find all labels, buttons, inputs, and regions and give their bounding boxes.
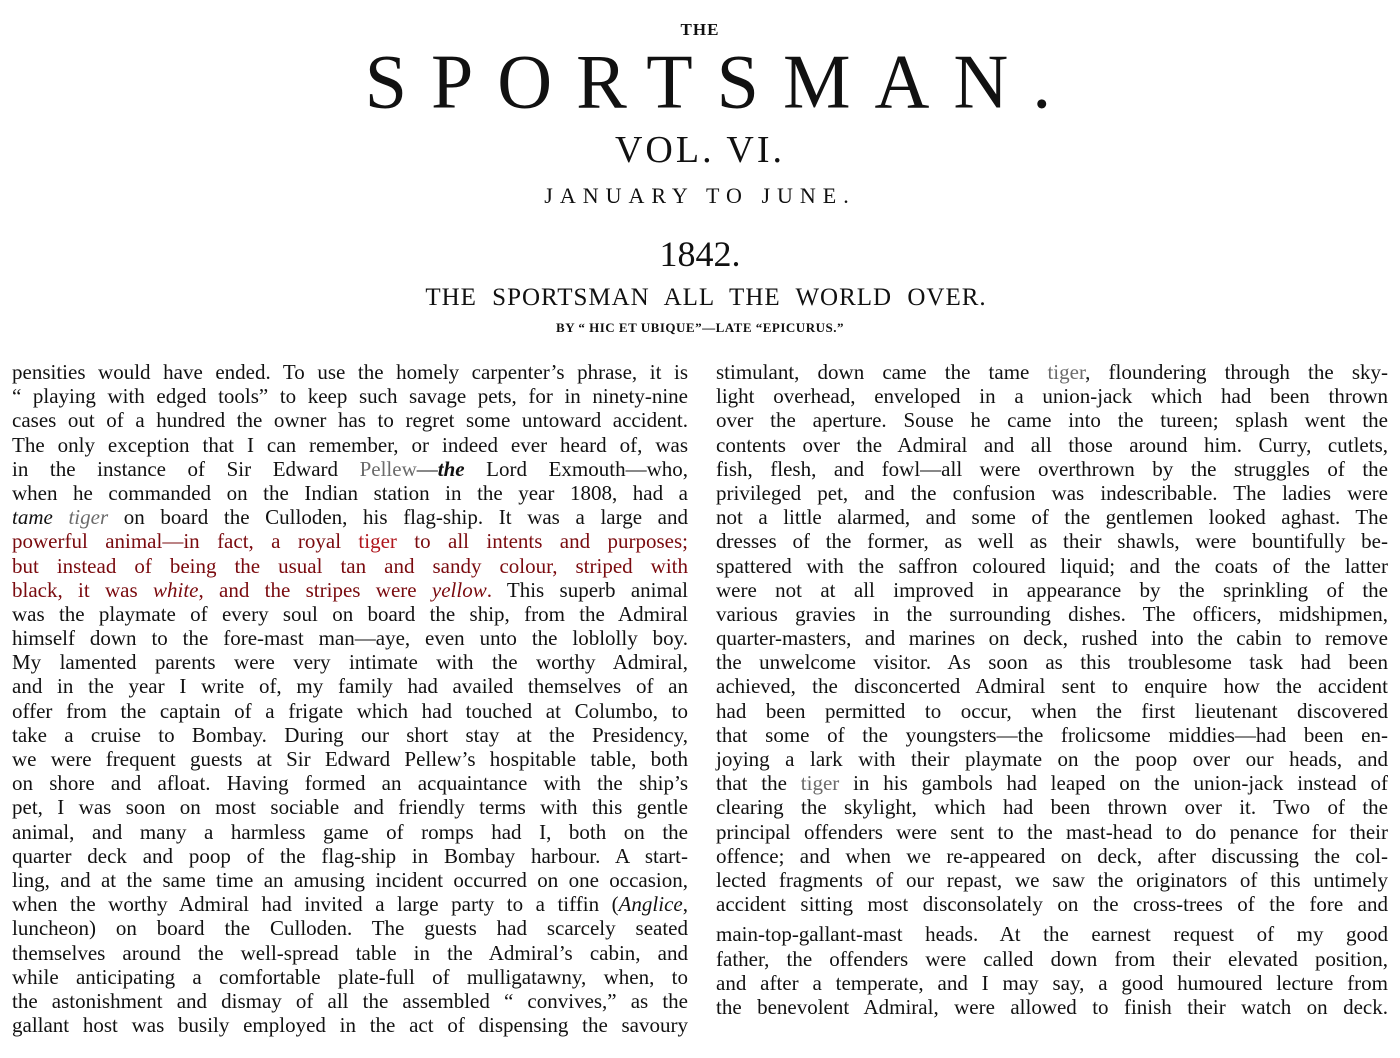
text-line: over the aperture. Souse he came into th… [716, 408, 1388, 432]
text-line: not a little alarmed, and some of the ge… [716, 505, 1388, 529]
text-line: we were frequent guests at Sir Edward Pe… [12, 747, 688, 771]
text-line: tame tiger on board the Culloden, his fl… [12, 505, 688, 529]
text-line: offence; and when we re-appeared on deck… [716, 844, 1388, 868]
text-line: pet, I was soon on most sociable and fri… [12, 795, 688, 819]
text-line: joying a lark with their playmate on the… [716, 747, 1388, 771]
text-line: had been permitted to occur, when the fi… [716, 699, 1388, 723]
text-line: spattered with the saffron coloured liqu… [716, 554, 1388, 578]
text-line-highlighted: but instead of being the usual tan and s… [12, 554, 688, 578]
text-line: on shore and afloat. Having formed an ac… [12, 771, 688, 795]
text-line: “ playing with edged tools” to keep such… [12, 384, 688, 408]
left-column: pensities would have ended. To use the h… [12, 360, 688, 1037]
text-line: various gravies in the surrounding dishe… [716, 602, 1388, 626]
text-line: quarter deck and poop of the flag-ship i… [12, 844, 688, 868]
emphasis-anglice: Anglice [619, 892, 683, 916]
text-line: the astonishment and dismay of all the a… [12, 989, 688, 1013]
text-line: light overhead, enveloped in a union-jac… [716, 384, 1388, 408]
masthead-the: THE [0, 20, 1400, 40]
highlight-pellew: Pellew [360, 457, 417, 481]
text-line: take a cruise to Bombay. During our shor… [12, 723, 688, 747]
text-line: gallant host was busily employed in the … [12, 1013, 688, 1037]
text-line: animal, and many a harmless game of romp… [12, 820, 688, 844]
text-line: My lamented parents were very intimate w… [12, 650, 688, 674]
text-line: luncheon) on board the Culloden. The gue… [12, 916, 688, 940]
text-line: themselves around the well-spread table … [12, 941, 688, 965]
highlight-tiger: tiger [358, 529, 396, 553]
emphasis-the: the [438, 457, 465, 481]
text-line: principal offenders were sent to the mas… [716, 820, 1388, 844]
text-line: in the instance of Sir Edward Pellew—the… [12, 457, 688, 481]
text-line: that the tiger in his gambols had leaped… [716, 771, 1388, 795]
text-line: himself down to the fore-mast man—aye, e… [12, 626, 688, 650]
text-line: privileged pet, and the confusion was in… [716, 481, 1388, 505]
text-line: was the playmate of every soul on board … [12, 602, 688, 626]
text-line-highlighted: powerful animal—in fact, a royal tiger t… [12, 529, 688, 553]
masthead-title: SPORTSMAN. [0, 41, 1400, 123]
text-line: clearing the skylight, which had been th… [716, 795, 1388, 819]
text-line: stimulant, down came the tame tiger, flo… [716, 360, 1388, 384]
text-line: when the worthy Admiral had invited a la… [12, 892, 688, 916]
date-range: JANUARY TO JUNE. [0, 183, 1400, 209]
text-line: and in the year I write of, my family ha… [12, 674, 688, 698]
year: 1842. [0, 233, 1400, 275]
text-line: cases out of a hundred the owner has to … [12, 408, 688, 432]
text-line: were not at all improved in appearance b… [716, 578, 1388, 602]
text-line: accident sitting most disconsolately on … [716, 892, 1388, 916]
text-line: fish, flesh, and fowl—all were overthrow… [716, 457, 1388, 481]
text-line: when he commanded on the Indian station … [12, 481, 688, 505]
emphasis-yellow: yellow [432, 578, 487, 602]
article-byline: BY “ HIC ET UBIQUE”—LATE “EPICURUS.” [0, 320, 1400, 336]
highlight-tiger: tiger [801, 771, 839, 795]
text-line: the benevolent Admiral, were allowed to … [716, 995, 1388, 1019]
text-line: offer from the captain of a frigate whic… [12, 699, 688, 723]
text-line: that some of the youngsters—the frolicso… [716, 723, 1388, 747]
emphasis-tame: tame [12, 505, 53, 529]
volume-number: VOL. VI. [0, 128, 1400, 172]
text-line: pensities would have ended. To use the h… [12, 360, 688, 384]
text-line: ling, and at the same time an amusing in… [12, 868, 688, 892]
text-line: lected fragments of our repast, we saw t… [716, 868, 1388, 892]
right-column: stimulant, down came the tame tiger, flo… [716, 360, 1388, 1019]
text-line: black, it was white, and the stripes wer… [12, 578, 688, 602]
text-line: contents over the Admiral and all those … [716, 433, 1388, 457]
highlight-tiger: tiger [68, 505, 108, 529]
highlight-tiger: tiger [1047, 360, 1085, 384]
text-line: the unwelcome visitor. As soon as this t… [716, 650, 1388, 674]
text-line: while anticipating a comfortable plate-f… [12, 965, 688, 989]
text-line: main-top-gallant-mast heads. At the earn… [716, 922, 1388, 946]
text-line: father, the offenders were called down f… [716, 947, 1388, 971]
text-line: The only exception that I can remember, … [12, 433, 688, 457]
emphasis-white: white [153, 578, 199, 602]
text-line: dresses of the former, as well as their … [716, 529, 1388, 553]
text-line: achieved, the disconcerted Admiral sent … [716, 674, 1388, 698]
article-title: THE SPORTSMAN ALL THE WORLD OVER. [0, 284, 1400, 312]
text-line: quarter-masters, and marines on deck, ru… [716, 626, 1388, 650]
text-line: and after a temperate, and I may say, a … [716, 971, 1388, 995]
